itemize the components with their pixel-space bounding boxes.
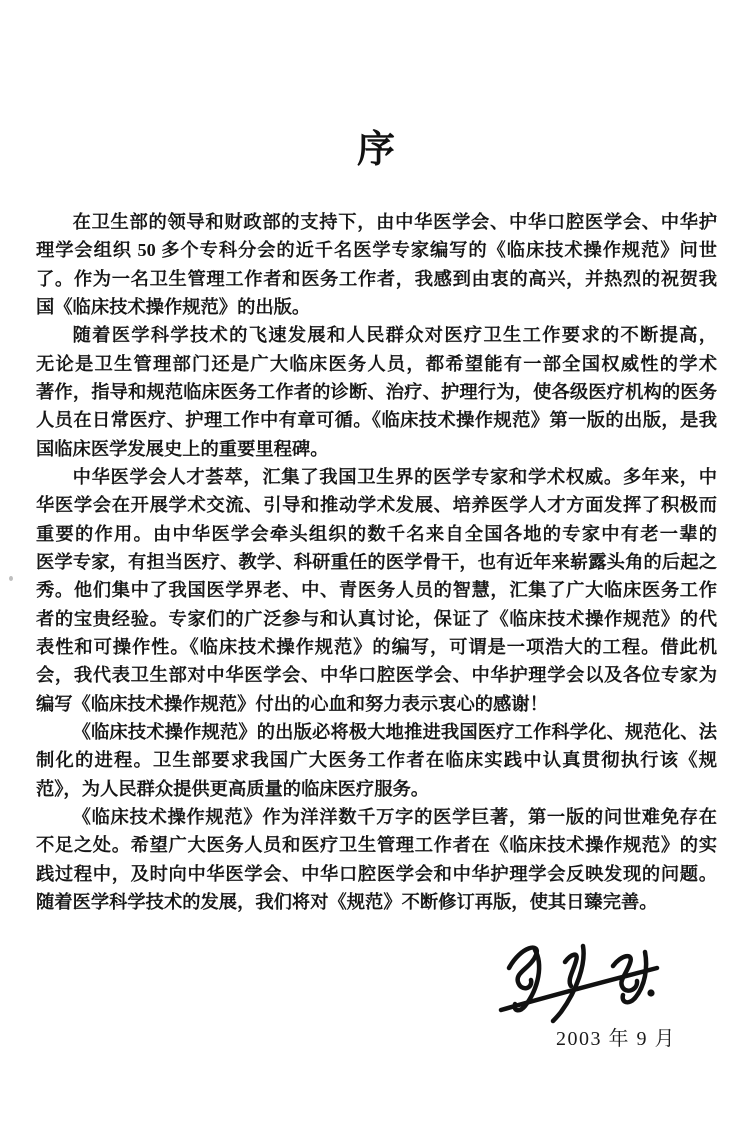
scan-artifact [540,644,543,647]
text-line: 随着医学科学技术的飞速发展和人民群众对医疗卫生工作要求的不断提高， [36,321,717,349]
text-line: 重要的作用。由中华医学会牵头组织的数千名来自全国各地的专家中有老一辈的 [36,520,717,548]
paragraph: 《临床技术操作规范》作为洋洋数千万字的医学巨著，第一版的问世难免存在不足之处。希… [36,803,717,916]
text-line: 理学会组织 50 多个专科分会的近千名医学专家编写的《临床技术操作规范》问世 [36,236,717,264]
text-line: 表性和可操作性。《临床技术操作规范》的编写，可谓是一项浩大的工程。借此机 [36,633,717,661]
text-line: 在卫生部的领导和财政部的支持下，由中华医学会、中华口腔医学会、中华护 [36,208,717,236]
preface-body: 在卫生部的领导和财政部的支持下，由中华医学会、中华口腔医学会、中华护理学会组织 … [36,208,717,916]
text-line: 制化的进程。卫生部要求我国广大医务工作者在临床实践中认真贯彻执行该《规 [36,746,717,774]
handwritten-signature [495,936,670,1026]
scan-artifact [271,306,274,309]
text-line: 《临床技术操作规范》作为洋洋数千万字的医学巨著，第一版的问世难免存在 [36,803,717,831]
text-line: 会，我代表卫生部对中华医学会、中华口腔医学会、中华护理学会以及各位专家为 [36,661,717,689]
text-line: 不足之处。希望广大医务人员和医疗卫生管理工作者在《临床技术操作规范》的实 [36,831,717,859]
text-line: 秀。他们集中了我国医学界老、中、青医务人员的智慧，汇集了广大临床医务工作 [36,576,717,604]
document-page: 序 在卫生部的领导和财政部的支持下，由中华医学会、中华口腔医学会、中华护理学会组… [0,0,754,1122]
text-line: 中华医学会人才荟萃，汇集了我国卫生界的医学专家和学术权威。多年来，中 [36,463,717,491]
text-line: 了。作为一名卫生管理工作者和医务工作者，我感到由衷的高兴，并热烈的祝贺我 [36,265,717,293]
text-line: 践过程中，及时向中华医学会、中华口腔医学会和中华护理学会反映发现的问题。 [36,860,717,888]
text-line: 者的宝贵经验。专家们的广泛参与和认真讨论，保证了《临床技术操作规范》的代 [36,605,717,633]
date: 2003 年 9 月 [556,1022,676,1051]
text-line: 无论是卫生管理部门还是广大临床医务人员，都希望能有一部全国权威性的学术 [36,350,717,378]
text-line: 著作，指导和规范临床医务工作者的诊断、治疗、护理行为，使各级医疗机构的医务 [36,378,717,406]
scan-artifact [9,576,13,581]
text-line: 国《临床技术操作规范》的出版。 [36,293,717,321]
paragraph: 《临床技术操作规范》的出版必将极大地推进我国医疗工作科学化、规范化、法制化的进程… [36,718,717,803]
text-line: 国临床医学发展史上的重要里程碑。 [36,435,717,463]
text-line: 范》，为人民群众提供更高质量的临床医疗服务。 [36,775,717,803]
paragraph: 随着医学科学技术的飞速发展和人民群众对医疗卫生工作要求的不断提高，无论是卫生管理… [36,321,717,463]
text-line: 华医学会在开展学术交流、引导和推动学术发展、培养医学人才方面发挥了积极而 [36,491,717,519]
paragraph: 在卫生部的领导和财政部的支持下，由中华医学会、中华口腔医学会、中华护理学会组织 … [36,208,717,321]
paragraph: 中华医学会人才荟萃，汇集了我国卫生界的医学专家和学术权威。多年来，中华医学会在开… [36,463,717,718]
text-line: 《临床技术操作规范》的出版必将极大地推进我国医疗工作科学化、规范化、法 [36,718,717,746]
signature-image [495,936,670,1026]
text-line: 医学专家，有担当医疗、教学、科研重任的医学骨干，也有近年来崭露头角的后起之 [36,548,717,576]
text-line: 人员在日常医疗、护理工作中有章可循。《临床技术操作规范》第一版的出版，是我 [36,406,717,434]
page-title: 序 [36,128,717,170]
text-line: 编写《临床技术操作规范》付出的心血和努力表示衷心的感谢！ [36,690,717,718]
text-line: 随着医学科学技术的发展，我们将对《规范》不断修订再版，使其日臻完善。 [36,888,717,916]
